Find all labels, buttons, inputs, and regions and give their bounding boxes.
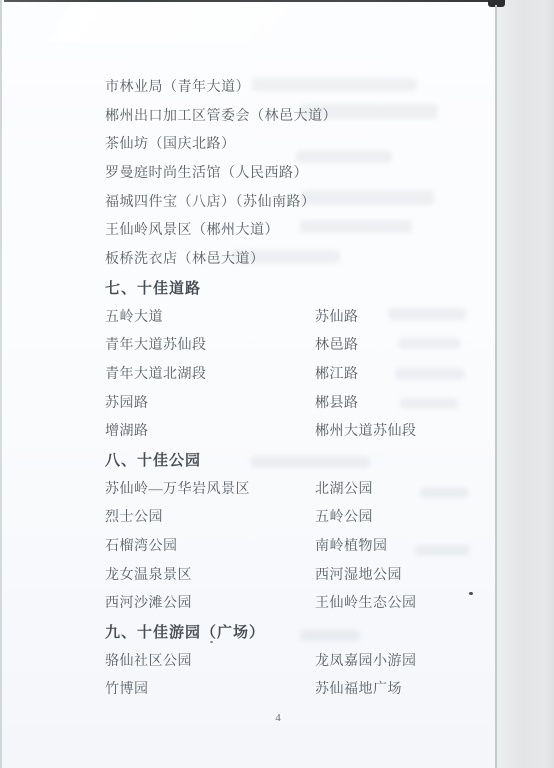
row-right-text: 北湖公园 bbox=[315, 476, 373, 505]
document-body: 市林业局（青年大道） 郴州出口加工区管委会（林邑大道） 茶仙坊（国庆北路） 罗曼… bbox=[105, 74, 487, 705]
scan-speck bbox=[210, 641, 213, 643]
list-row: 龙女温泉景区 西河湿地公园 bbox=[105, 562, 487, 591]
row-right-text: 南岭植物园 bbox=[315, 533, 388, 562]
list-item: 市林业局（青年大道） bbox=[105, 74, 487, 103]
row-right-text: 龙凤嘉园小游园 bbox=[315, 648, 417, 677]
row-left-text: 西河沙滩公园 bbox=[105, 590, 315, 619]
page-number: 4 bbox=[268, 712, 288, 724]
row-right-text: 郴县路 bbox=[315, 390, 359, 419]
row-right-text: 西河湿地公园 bbox=[315, 562, 402, 591]
section-heading-parks: 八、十佳公园 bbox=[105, 447, 487, 476]
list-row: 竹博园 苏仙福地广场 bbox=[105, 676, 487, 705]
row-left-text: 增湖路 bbox=[105, 418, 315, 447]
list-row: 苏园路 郴县路 bbox=[105, 390, 487, 419]
row-left-text: 苏园路 bbox=[105, 390, 315, 419]
row-left-text: 苏仙岭—万华岩风景区 bbox=[105, 476, 315, 505]
row-right-text: 郴州大道苏仙段 bbox=[315, 418, 417, 447]
list-item: 王仙岭风景区（郴州大道） bbox=[105, 217, 487, 246]
list-row: 青年大道北湖段 郴江路 bbox=[105, 361, 487, 390]
list-row: 石榴湾公园 南岭植物园 bbox=[105, 533, 487, 562]
row-left-text: 竹博园 bbox=[105, 676, 315, 705]
row-right-text: 郴江路 bbox=[315, 361, 359, 390]
row-left-text: 骆仙社区公园 bbox=[105, 648, 315, 677]
row-left-text: 石榴湾公园 bbox=[105, 533, 315, 562]
row-right-text: 苏仙路 bbox=[315, 304, 359, 333]
list-row: 苏仙岭—万华岩风景区 北湖公园 bbox=[105, 476, 487, 505]
scanner-background-strip bbox=[497, 0, 554, 768]
list-item: 郴州出口加工区管委会（林邑大道） bbox=[105, 103, 487, 132]
section-heading-plazas: 九、十佳游园（广场） bbox=[105, 619, 487, 648]
row-right-text: 五岭公园 bbox=[315, 504, 373, 533]
row-left-text: 青年大道苏仙段 bbox=[105, 332, 315, 361]
list-row: 五岭大道 苏仙路 bbox=[105, 304, 487, 333]
scan-left-edge bbox=[0, 0, 2, 768]
row-left-text: 青年大道北湖段 bbox=[105, 361, 315, 390]
section-heading-roads: 七、十佳道路 bbox=[105, 275, 487, 304]
row-left-text: 龙女温泉景区 bbox=[105, 562, 315, 591]
list-item: 茶仙坊（国庆北路） bbox=[105, 131, 487, 160]
scan-top-edge-line bbox=[4, 0, 496, 2]
row-left-text: 烈士公园 bbox=[105, 504, 315, 533]
list-row: 西河沙滩公园 王仙岭生态公园 bbox=[105, 590, 487, 619]
list-item: 罗曼庭时尚生活馆（人民西路） bbox=[105, 160, 487, 189]
list-row: 增湖路 郴州大道苏仙段 bbox=[105, 418, 487, 447]
page-edge-line bbox=[495, 5, 497, 768]
list-row: 青年大道苏仙段 林邑路 bbox=[105, 332, 487, 361]
row-right-text: 林邑路 bbox=[315, 332, 359, 361]
list-item: 板桥洗衣店（林邑大道） bbox=[105, 246, 487, 275]
list-row: 骆仙社区公园 龙凤嘉园小游园 bbox=[105, 648, 487, 677]
row-right-text: 王仙岭生态公园 bbox=[315, 590, 417, 619]
list-row: 烈士公园 五岭公园 bbox=[105, 504, 487, 533]
row-right-text: 苏仙福地广场 bbox=[315, 676, 402, 705]
scan-speck bbox=[469, 592, 473, 595]
row-left-text: 五岭大道 bbox=[105, 304, 315, 333]
list-item: 福城四件宝（八店）（苏仙南路） bbox=[105, 189, 487, 218]
